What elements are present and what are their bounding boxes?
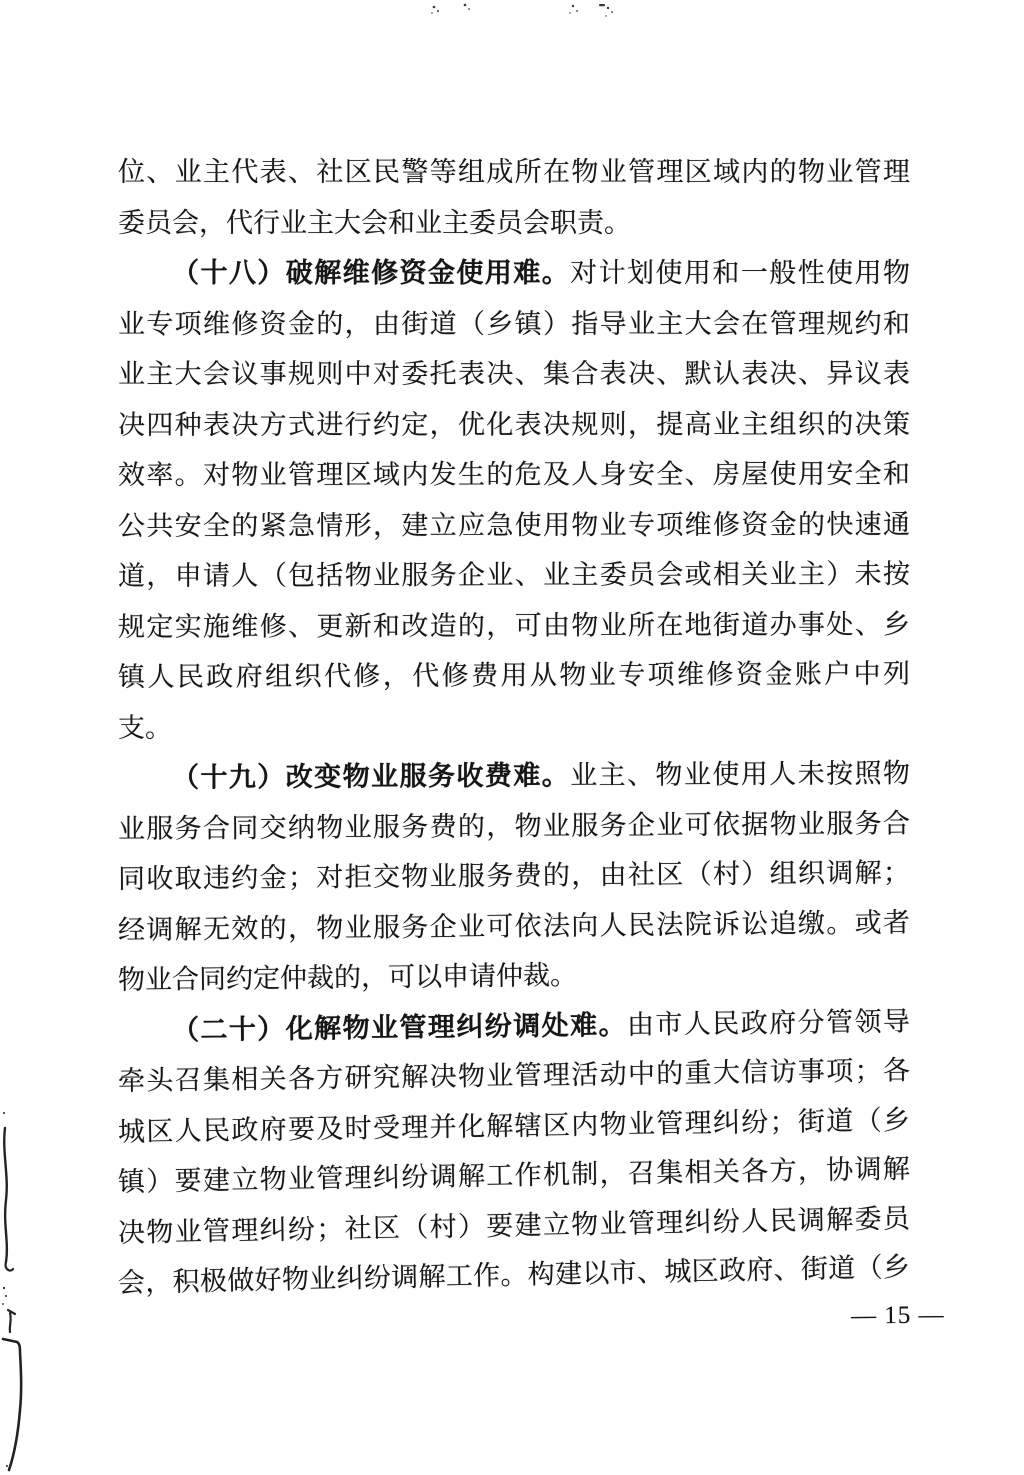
paragraph: 位、业主代表、社区民警等组成所在物业管理区域内的物业管理委员会，代行业主大会和业… [118, 147, 910, 248]
section-heading-run: （十八）破解维修资金使用难。 [172, 258, 570, 288]
text-line: 决四种表决方式进行约定，优化表决规则，提高业主组织的决策 [118, 399, 910, 450]
text-line: 位、业主代表、社区民警等组成所在物业管理区域内的物业管理 [118, 147, 910, 198]
text-run: 由市人民政府分管领导 [627, 1006, 910, 1039]
text-line: 委员会，代行业主大会和业主委员会职责。 [118, 197, 910, 248]
text-run: 决物业管理纠纷；社区（村）要建立物业管理纠纷人民调解委员 [118, 1203, 910, 1248]
text-run: 道，申请人（包括物业服务企业、业主委员会或相关业主）未按 [118, 559, 910, 591]
text-run: 镇）要建立物业管理纠纷调解工作机制，召集相关各方，协调解 [118, 1154, 910, 1197]
text-run: 支。 [118, 712, 172, 742]
text-line: 公共安全的紧急情形，建立应急使用物业专项维修资金的快速通 [118, 499, 910, 551]
text-line: 道，申请人（包括物业服务企业、业主委员会或相关业主）未按 [118, 549, 910, 602]
section-heading-run: （二十）化解物业管理纠纷调处难。 [172, 1009, 627, 1045]
text-run: 城区人民政府要及时受理并化解辖区内物业管理纠纷；街道（乡 [118, 1105, 910, 1147]
text-run: 经调解无效的，物业服务企业可依法向人民法院诉讼追缴。或者 [118, 907, 910, 944]
text-line: 效率。对物业管理区域内发生的危及人身安全、房屋使用安全和 [118, 449, 910, 501]
text-run: 业主、物业使用人未按照物 [570, 758, 910, 790]
scanned-document-page: 位、业主代表、社区民警等组成所在物业管理区域内的物业管理委员会，代行业主大会和业… [0, 0, 1024, 1475]
text-run: 规定实施维修、更新和改造的，可由物业所在地街道办事处、乡 [118, 609, 910, 642]
text-line: 同收取违约金；对拒交物业服务费的，由社区（村）组织调解； [118, 848, 910, 905]
text-run: 业专项维修资金的，由街道（乡镇）指导业主大会在管理规约和 [118, 308, 910, 338]
text-line: 规定实施维修、更新和改造的，可由物业所在地街道办事处、乡 [118, 599, 910, 652]
text-line: 业服务合同交纳物业服务费的，物业服务企业可依据物业服务合 [118, 798, 910, 854]
text-line: 支。 [118, 698, 910, 753]
text-line: 镇人民政府组织代修，代修费用从物业专项维修资金账户中列 [118, 649, 910, 703]
text-run: 物业合同约定仲裁的，可以申请仲裁。 [118, 960, 577, 995]
text-run: 委员会，代行业主大会和业主委员会职责。 [118, 207, 631, 237]
paragraph: （十八）破解维修资金使用难。对计划使用和一般性使用物业专项维修资金的，由街道（乡… [118, 248, 910, 753]
text-run: 牵头召集相关各方研究解决物业管理活动中的重大信访事项；各 [118, 1055, 910, 1096]
section-heading-run: （十九）改变物业服务收费难。 [172, 760, 570, 792]
paragraph: （二十）化解物业管理纠纷调处难。由市人民政府分管领导牵头召集相关各方研究解决物业… [118, 1006, 910, 1309]
text-run: 同收取违约金；对拒交物业服务费的，由社区（村）组织调解； [118, 858, 910, 894]
text-run: 镇人民政府组织代修，代修费用从物业专项维修资金账户中列 [118, 659, 910, 692]
text-run: 业服务合同交纳物业服务费的，物业服务企业可依据物业服务合 [118, 808, 910, 844]
text-line: 业主大会议事规则中对委托表决、集合表决、默认表决、异议表 [118, 348, 910, 399]
text-run: 公共安全的紧急情形，建立应急使用物业专项维修资金的快速通 [118, 509, 910, 541]
text-line: 经调解无效的，物业服务企业可依法向人民法院诉讼追缴。或者 [118, 897, 910, 955]
scan-edge-artifact [0, 1100, 60, 1475]
text-run: 业主大会议事规则中对委托表决、集合表决、默认表决、异议表 [118, 358, 910, 389]
text-run: 对计划使用和一般性使用物 [570, 258, 910, 288]
text-line: 业专项维修资金的，由街道（乡镇）指导业主大会在管理规约和 [118, 298, 910, 349]
text-line: 物业合同约定仲裁的，可以申请仲裁。 [118, 947, 910, 1006]
text-run: 位、业主代表、社区民警等组成所在物业管理区域内的物业管理 [118, 157, 910, 187]
text-run: 决四种表决方式进行约定，优化表决规则，提高业主组织的决策 [118, 409, 910, 440]
page-number: — 15 — [851, 1302, 945, 1331]
text-run: 效率。对物业管理区域内发生的危及人身安全、房屋使用安全和 [118, 459, 910, 490]
text-line: （十九）改变物业服务收费难。业主、物业使用人未按照物 [118, 748, 910, 803]
text-line: （十八）破解维修资金使用难。对计划使用和一般性使用物 [118, 248, 910, 299]
paragraph: （十九）改变物业服务收费难。业主、物业使用人未按照物业服务合同交纳物业服务费的，… [118, 753, 910, 1006]
text-run: 会，积极做好物业纠纷调解工作。构建以市、城区政府、街道（乡 [118, 1252, 910, 1298]
scan-speck-artifacts [425, 0, 625, 26]
document-text: 位、业主代表、社区民警等组成所在物业管理区域内的物业管理委员会，代行业主大会和业… [118, 147, 910, 1309]
